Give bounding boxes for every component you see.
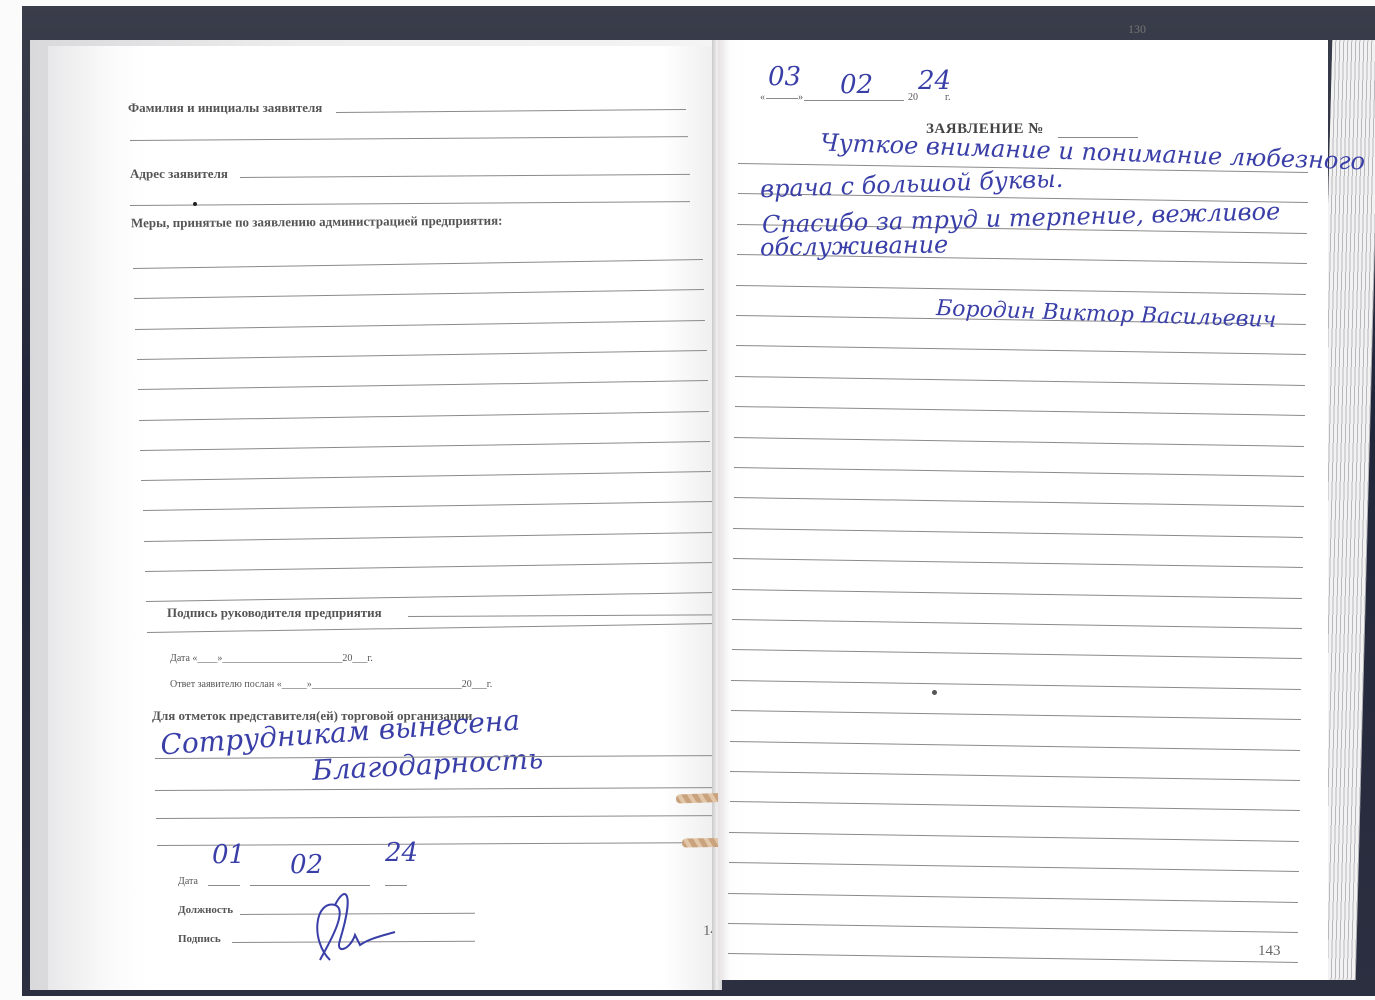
date-day: 03 <box>768 62 801 92</box>
right-page-number: 143 <box>1258 943 1281 960</box>
bottom-date-month: 02 <box>290 850 323 880</box>
date-close-quote: » <box>798 92 803 103</box>
applicant-address-label: Адрес заявителя <box>130 166 228 182</box>
date-line: Дата «____»________________________20___… <box>170 653 373 664</box>
handwritten-signature-left <box>290 880 400 970</box>
bottom-date-label: Дата <box>178 876 198 887</box>
left-page <box>48 46 716 990</box>
date-day-line <box>766 98 798 99</box>
ink-dot-right <box>932 690 937 695</box>
corner-mark: 130 <box>1128 22 1146 37</box>
applicant-name-label: Фамилия и инициалы заявителя <box>128 100 322 116</box>
date-year-prefix: 20 <box>908 92 918 103</box>
bottom-date-day-line <box>208 885 240 886</box>
date-year: 24 <box>918 66 951 96</box>
position-label: Должность <box>178 904 233 916</box>
manager-signature-label: Подпись руководителя предприятия <box>167 605 382 621</box>
bottom-date-year: 24 <box>385 838 418 868</box>
date-month: 02 <box>840 70 873 100</box>
date-month-line <box>804 100 904 101</box>
measures-label: Меры, принятые по заявлению администраци… <box>131 213 503 232</box>
statement-line-4: обслуживание <box>760 230 949 261</box>
signature-label: Подпись <box>178 933 221 945</box>
reply-sent-line: Ответ заявителю послан «_____»__________… <box>170 679 492 690</box>
bottom-date-day: 01 <box>212 840 245 870</box>
ink-dot <box>193 202 197 206</box>
date-open-quote: « <box>760 92 765 103</box>
